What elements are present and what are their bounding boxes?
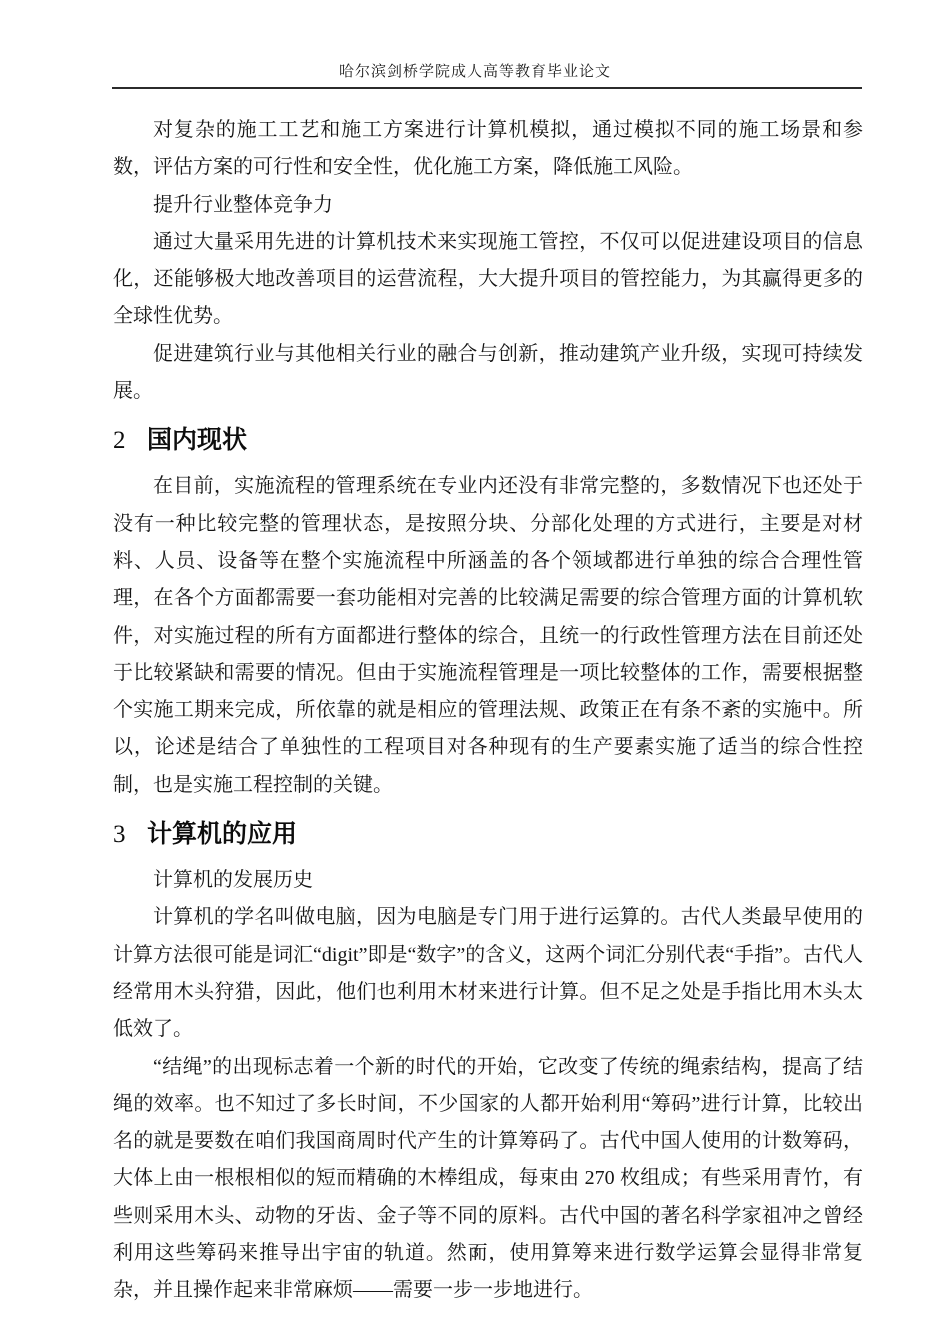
paragraph: “结绳”的出现标志着一个新的时代的开始，它改变了传统的绳索结构，提高了结绳的效率… <box>113 1049 863 1310</box>
page-header-title: 哈尔滨剑桥学院成人高等教育毕业论文 <box>0 60 950 81</box>
paragraph: 通过大量采用先进的计算机技术来实现施工管控，不仅可以促进建设项目的信息化，还能够… <box>113 224 863 336</box>
section-heading: 2国内现状 <box>113 420 863 461</box>
document-page: 哈尔滨剑桥学院成人高等教育毕业论文 对复杂的施工工艺和施工方案进行计算机模拟，通… <box>0 0 950 1344</box>
header-rule <box>112 87 862 89</box>
page-footer: 3 <box>0 1245 950 1262</box>
section-title: 国内现状 <box>147 426 247 454</box>
paragraph: 提升行业整体竞争力 <box>113 187 863 224</box>
paragraph: 对复杂的施工工艺和施工方案进行计算机模拟，通过模拟不同的施工场景和参数，评估方案… <box>113 112 863 187</box>
section-heading: 3计算机的应用 <box>113 814 863 855</box>
paragraph: 在目前，实施流程的管理系统在专业内还没有非常完整的，多数情况下也还处于没有一种比… <box>113 468 863 804</box>
section-title: 计算机的应用 <box>147 820 297 848</box>
paragraph: 计算机的发展历史 <box>113 862 863 899</box>
paragraph: 促进建筑行业与其他相关行业的融合与创新，推动建筑产业升级，实现可持续发展。 <box>113 336 863 411</box>
section-number: 2 <box>113 421 147 461</box>
document-body: 对复杂的施工工艺和施工方案进行计算机模拟，通过模拟不同的施工场景和参数，评估方案… <box>113 112 863 1310</box>
paragraph: 计算机的学名叫做电脑，因为电脑是专门用于进行运算的。古代人类最早使用的计算方法很… <box>113 899 863 1048</box>
page-number: 3 <box>471 1245 479 1261</box>
section-number: 3 <box>113 815 147 855</box>
